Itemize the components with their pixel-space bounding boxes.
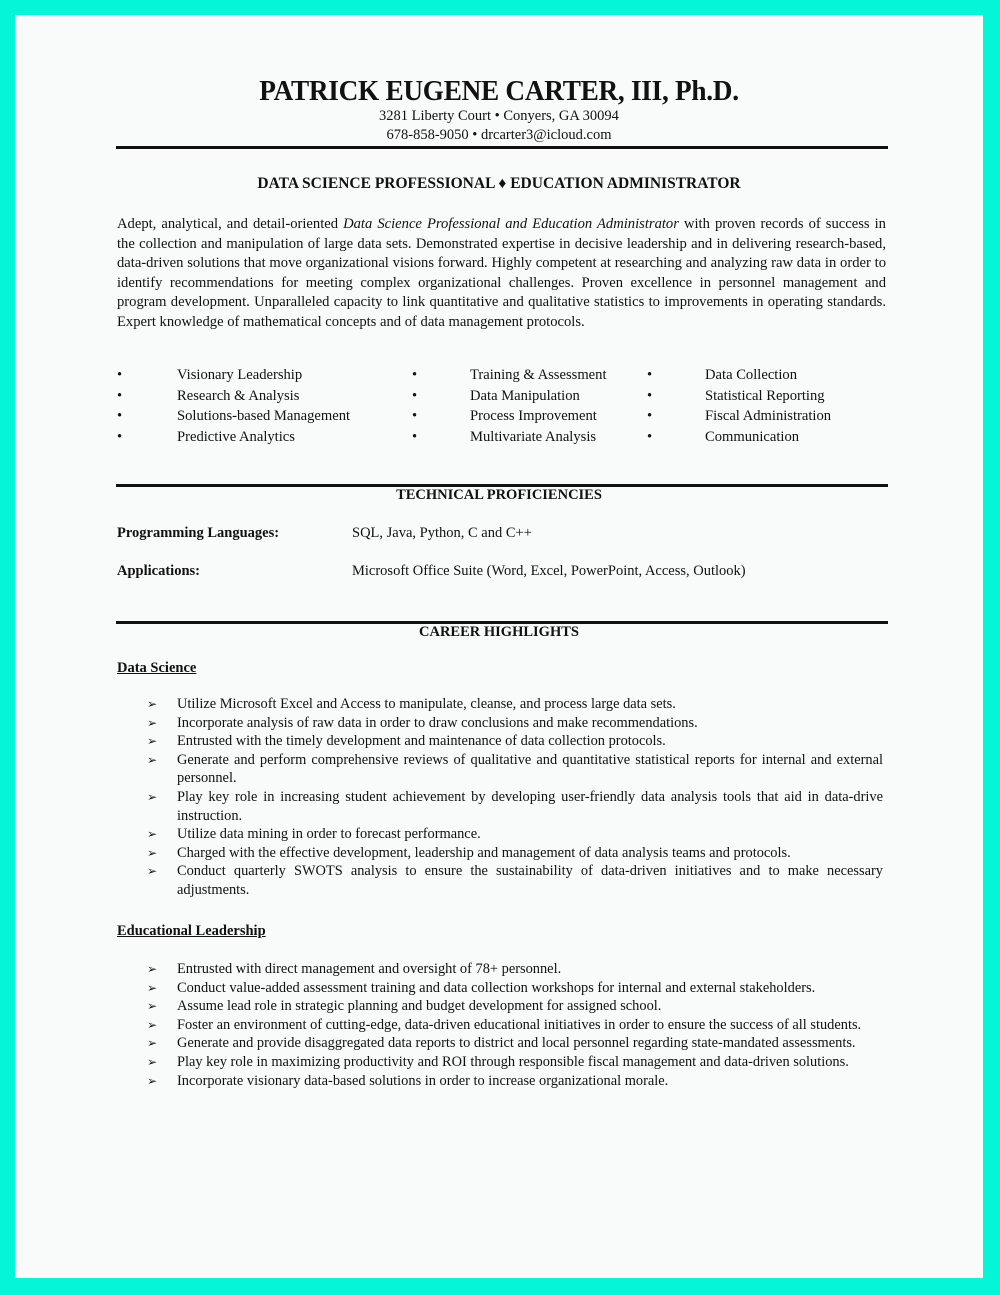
highlight-text: Incorporate visionary data-based solutio… [177,1073,668,1089]
skill-row: •Research & Analysis •Data Manipulation … [117,388,897,409]
subsection-heading-data-science: Data Science [117,660,196,677]
bullet-icon: • [117,367,122,384]
data-science-bullets: ➢Utilize Microsoft Excel and Access to m… [147,695,883,900]
highlight-text: Conduct quarterly SWOTS analysis to ensu… [177,863,883,898]
highlight-item: ➢Utilize Microsoft Excel and Access to m… [147,695,883,714]
skill-row: •Solutions-based Management •Process Imp… [117,408,897,429]
proficiency-value: SQL, Java, Python, C and C++ [352,525,532,542]
bullet-icon: • [647,367,652,384]
core-skills-list: •Visionary Leadership •Training & Assess… [117,367,897,449]
highlight-item: ➢Play key role in maximizing productivit… [147,1053,883,1072]
bullet-icon: • [412,367,417,384]
career-highlights-heading: CAREER HIGHLIGHTS [15,624,983,641]
highlight-text: Generate and provide disaggregated data … [177,1035,856,1051]
summary-title-emphasis: Data Science Professional and Education … [343,216,679,232]
arrow-bullet-icon: ➢ [147,825,157,844]
resume-page: PATRICK EUGENE CARTER, III, Ph.D. 3281 L… [15,15,983,1278]
candidate-name: PATRICK EUGENE CARTER, III, Ph.D. [44,75,954,108]
skill-item: Visionary Leadership [177,367,302,384]
arrow-bullet-icon: ➢ [147,714,157,733]
arrow-bullet-icon: ➢ [147,751,157,770]
bullet-icon: • [412,388,417,405]
highlight-text: Generate and perform comprehensive revie… [177,752,883,787]
highlight-text: Incorporate analysis of raw data in orde… [177,715,698,731]
summary-lead: Adept, analytical, and detail-oriented [117,216,343,232]
highlight-item: ➢Utilize data mining in order to forecas… [147,825,883,844]
arrow-bullet-icon: ➢ [147,862,157,881]
skill-item: Fiscal Administration [705,408,831,425]
skill-item: Communication [705,429,799,446]
highlight-item: ➢Entrusted with the timely development a… [147,732,883,751]
subsection-heading-educational-leadership: Educational Leadership [117,923,266,940]
highlight-text: Entrusted with direct management and ove… [177,961,561,977]
arrow-bullet-icon: ➢ [147,695,157,714]
skill-item: Process Improvement [470,408,597,425]
bullet-icon: • [647,408,652,425]
highlight-item: ➢Assume lead role in strategic planning … [147,997,883,1016]
header-divider [116,146,888,149]
arrow-bullet-icon: ➢ [147,1034,157,1053]
arrow-bullet-icon: ➢ [147,1072,157,1091]
profile-summary: Adept, analytical, and detail-oriented D… [117,215,886,333]
summary-body: with proven records of success in the co… [117,216,886,330]
skill-row: •Visionary Leadership •Training & Assess… [117,367,897,388]
skill-item: Solutions-based Management [177,408,350,425]
highlight-item: ➢Foster an environment of cutting-edge, … [147,1016,883,1035]
bullet-icon: • [647,388,652,405]
arrow-bullet-icon: ➢ [147,844,157,863]
arrow-bullet-icon: ➢ [147,997,157,1016]
highlight-item: ➢Entrusted with direct management and ov… [147,960,883,979]
skill-item: Multivariate Analysis [470,429,596,446]
highlight-item: ➢Conduct quarterly SWOTS analysis to ens… [147,862,883,899]
highlight-text: Assume lead role in strategic planning a… [177,998,661,1014]
highlight-item: ➢Generate and provide disaggregated data… [147,1034,883,1053]
technical-proficiencies-heading: TECHNICAL PROFICIENCIES [15,487,983,504]
highlight-item: ➢Charged with the effective development,… [147,844,883,863]
arrow-bullet-icon: ➢ [147,1053,157,1072]
skill-item: Research & Analysis [177,388,299,405]
highlight-text: Play key role in maximizing productivity… [177,1054,849,1070]
arrow-bullet-icon: ➢ [147,788,157,807]
skill-item: Data Collection [705,367,797,384]
arrow-bullet-icon: ➢ [147,732,157,751]
educational-leadership-bullets: ➢Entrusted with direct management and ov… [147,960,883,1090]
bullet-icon: • [117,408,122,425]
highlight-item: ➢Incorporate visionary data-based soluti… [147,1072,883,1091]
address-line: 3281 Liberty Court • Conyers, GA 30094 [15,108,983,125]
arrow-bullet-icon: ➢ [147,960,157,979]
bullet-icon: • [117,429,122,446]
skill-item: Training & Assessment [470,367,607,384]
highlight-item: ➢Incorporate analysis of raw data in ord… [147,714,883,733]
highlight-text: Charged with the effective development, … [177,845,791,861]
highlight-text: Conduct value-added assessment training … [177,980,815,996]
arrow-bullet-icon: ➢ [147,979,157,998]
highlight-text: Utilize Microsoft Excel and Access to ma… [177,696,676,712]
proficiency-value: Microsoft Office Suite (Word, Excel, Pow… [352,563,746,580]
contact-line: 678-858-9050 • drcarter3@icloud.com [15,127,983,144]
skill-item: Data Manipulation [470,388,580,405]
highlight-item: ➢Play key role in increasing student ach… [147,788,883,825]
highlight-item: ➢Generate and perform comprehensive revi… [147,751,883,788]
skill-item: Statistical Reporting [705,388,825,405]
bullet-icon: • [412,429,417,446]
bullet-icon: • [117,388,122,405]
highlight-text: Utilize data mining in order to forecast… [177,826,481,842]
skill-row: •Predictive Analytics •Multivariate Anal… [117,429,897,450]
highlight-text: Entrusted with the timely development an… [177,733,666,749]
arrow-bullet-icon: ➢ [147,1016,157,1035]
proficiency-label: Programming Languages: [117,525,279,542]
highlight-text: Play key role in increasing student achi… [177,789,883,824]
skill-item: Predictive Analytics [177,429,295,446]
highlight-item: ➢Conduct value-added assessment training… [147,979,883,998]
proficiency-label: Applications: [117,563,200,580]
bullet-icon: • [647,429,652,446]
bullet-icon: • [412,408,417,425]
highlight-text: Foster an environment of cutting-edge, d… [177,1017,861,1033]
professional-headline: DATA SCIENCE PROFESSIONAL ♦ EDUCATION AD… [15,175,983,193]
